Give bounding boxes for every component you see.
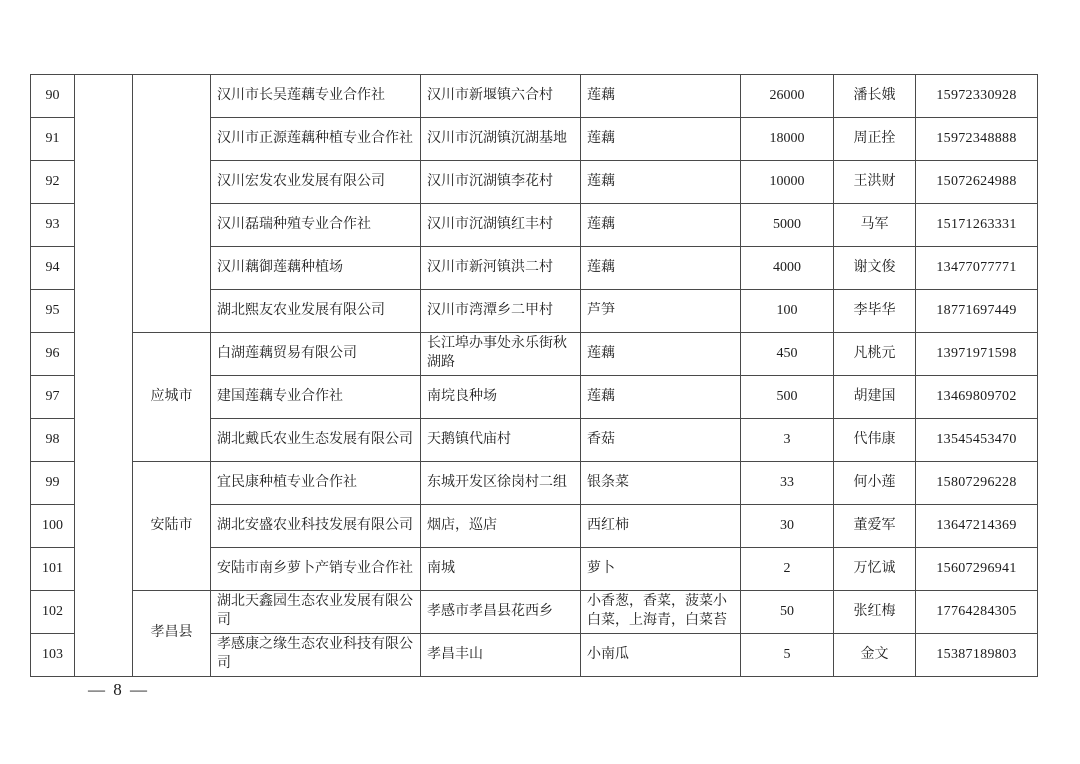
row-index-cell: 97 xyxy=(31,376,75,419)
quantity-cell: 30 xyxy=(741,505,834,548)
city-cell xyxy=(133,75,211,333)
phone-cell: 13971971598 xyxy=(916,333,1038,376)
product-cell: 萝卜 xyxy=(581,548,741,591)
address-cell: 东城开发区徐岗村二组 xyxy=(421,462,581,505)
address-cell: 汉川市沉湖镇李花村 xyxy=(421,161,581,204)
product-cell: 莲藕 xyxy=(581,161,741,204)
company-cell: 孝感康之缘生态农业科技有限公司 xyxy=(211,634,421,677)
table-row: 96 应城市 白湖莲藕贸易有限公司 长江埠办事处永乐街秋湖路 莲藕 450 凡桃… xyxy=(31,333,1038,376)
quantity-cell: 50 xyxy=(741,591,834,634)
contact-cell: 胡建国 xyxy=(834,376,916,419)
product-cell: 莲藕 xyxy=(581,247,741,290)
city-cell: 孝昌县 xyxy=(133,591,211,677)
quantity-cell: 450 xyxy=(741,333,834,376)
table-row: 99 安陆市 宜民康种植专业合作社 东城开发区徐岗村二组 银条菜 33 何小莲 … xyxy=(31,462,1038,505)
contact-cell: 何小莲 xyxy=(834,462,916,505)
quantity-cell: 2 xyxy=(741,548,834,591)
page-number: — 8 — xyxy=(88,680,147,700)
address-cell: 孝昌丰山 xyxy=(421,634,581,677)
contact-cell: 金文 xyxy=(834,634,916,677)
city-cell: 应城市 xyxy=(133,333,211,462)
phone-cell: 15072624988 xyxy=(916,161,1038,204)
contact-cell: 董爱军 xyxy=(834,505,916,548)
address-cell: 南垸良种场 xyxy=(421,376,581,419)
row-index-cell: 90 xyxy=(31,75,75,118)
quantity-cell: 3 xyxy=(741,419,834,462)
contact-cell: 代伟康 xyxy=(834,419,916,462)
row-index-cell: 102 xyxy=(31,591,75,634)
row-index-cell: 98 xyxy=(31,419,75,462)
product-cell: 莲藕 xyxy=(581,204,741,247)
company-cell: 安陆市南乡萝卜产销专业合作社 xyxy=(211,548,421,591)
contact-cell: 万忆诚 xyxy=(834,548,916,591)
table-row: 90 汉川市长吴莲藕专业合作社 汉川市新堰镇六合村 莲藕 26000 潘长娥 1… xyxy=(31,75,1038,118)
product-cell: 芦笋 xyxy=(581,290,741,333)
product-cell: 小南瓜 xyxy=(581,634,741,677)
company-cell: 汉川藕御莲藕种植场 xyxy=(211,247,421,290)
phone-cell: 15387189803 xyxy=(916,634,1038,677)
table-row: 102 孝昌县 湖北天鑫园生态农业发展有限公司 孝感市孝昌县花西乡 小香葱，香菜… xyxy=(31,591,1038,634)
phone-cell: 15807296228 xyxy=(916,462,1038,505)
product-cell: 西红柿 xyxy=(581,505,741,548)
quantity-cell: 33 xyxy=(741,462,834,505)
address-cell: 南城 xyxy=(421,548,581,591)
company-cell: 湖北熙友农业发展有限公司 xyxy=(211,290,421,333)
quantity-cell: 18000 xyxy=(741,118,834,161)
producer-roster-table: 90 汉川市长吴莲藕专业合作社 汉川市新堰镇六合村 莲藕 26000 潘长娥 1… xyxy=(30,74,1038,677)
phone-cell: 13647214369 xyxy=(916,505,1038,548)
city-cell: 安陆市 xyxy=(133,462,211,591)
row-index-cell: 100 xyxy=(31,505,75,548)
row-index-cell: 101 xyxy=(31,548,75,591)
contact-cell: 李毕华 xyxy=(834,290,916,333)
address-cell: 汉川市新堰镇六合村 xyxy=(421,75,581,118)
address-cell: 汉川市沉湖镇红丰村 xyxy=(421,204,581,247)
product-cell: 莲藕 xyxy=(581,118,741,161)
product-cell: 莲藕 xyxy=(581,376,741,419)
company-cell: 湖北安盛农业科技发展有限公司 xyxy=(211,505,421,548)
address-cell: 烟店，巡店 xyxy=(421,505,581,548)
contact-cell: 谢文俊 xyxy=(834,247,916,290)
company-cell: 汉川市长吴莲藕专业合作社 xyxy=(211,75,421,118)
product-cell: 小香葱，香菜，菠菜小白菜，上海青，白菜苔 xyxy=(581,591,741,634)
row-index-cell: 95 xyxy=(31,290,75,333)
phone-cell: 15972348888 xyxy=(916,118,1038,161)
address-cell: 长江埠办事处永乐街秋湖路 xyxy=(421,333,581,376)
address-cell: 汉川市新河镇洪二村 xyxy=(421,247,581,290)
product-cell: 莲藕 xyxy=(581,75,741,118)
row-index-cell: 103 xyxy=(31,634,75,677)
quantity-cell: 26000 xyxy=(741,75,834,118)
product-cell: 莲藕 xyxy=(581,333,741,376)
phone-cell: 13545453470 xyxy=(916,419,1038,462)
phone-cell: 18771697449 xyxy=(916,290,1038,333)
address-cell: 天鹅镇代庙村 xyxy=(421,419,581,462)
row-index-cell: 93 xyxy=(31,204,75,247)
contact-cell: 王洪财 xyxy=(834,161,916,204)
contact-cell: 周正拴 xyxy=(834,118,916,161)
address-cell: 汉川市湾潭乡二甲村 xyxy=(421,290,581,333)
product-cell: 银条菜 xyxy=(581,462,741,505)
contact-cell: 凡桃元 xyxy=(834,333,916,376)
company-cell: 汉川宏发农业发展有限公司 xyxy=(211,161,421,204)
contact-cell: 潘长娥 xyxy=(834,75,916,118)
address-cell: 孝感市孝昌县花西乡 xyxy=(421,591,581,634)
address-cell: 汉川市沉湖镇沉湖基地 xyxy=(421,118,581,161)
row-index-cell: 99 xyxy=(31,462,75,505)
company-cell: 汉川磊瑞种殖专业合作社 xyxy=(211,204,421,247)
phone-cell: 15171263331 xyxy=(916,204,1038,247)
company-cell: 湖北天鑫园生态农业发展有限公司 xyxy=(211,591,421,634)
contact-cell: 张红梅 xyxy=(834,591,916,634)
company-cell: 汉川市正源莲藕种植专业合作社 xyxy=(211,118,421,161)
phone-cell: 15607296941 xyxy=(916,548,1038,591)
phone-cell: 15972330928 xyxy=(916,75,1038,118)
product-cell: 香菇 xyxy=(581,419,741,462)
document-page: 90 汉川市长吴莲藕专业合作社 汉川市新堰镇六合村 莲藕 26000 潘长娥 1… xyxy=(0,0,1080,764)
prefecture-cell xyxy=(75,75,133,677)
quantity-cell: 5 xyxy=(741,634,834,677)
quantity-cell: 4000 xyxy=(741,247,834,290)
company-cell: 湖北戴氏农业生态发展有限公司 xyxy=(211,419,421,462)
row-index-cell: 92 xyxy=(31,161,75,204)
quantity-cell: 100 xyxy=(741,290,834,333)
phone-cell: 17764284305 xyxy=(916,591,1038,634)
company-cell: 白湖莲藕贸易有限公司 xyxy=(211,333,421,376)
row-index-cell: 96 xyxy=(31,333,75,376)
company-cell: 宜民康种植专业合作社 xyxy=(211,462,421,505)
company-cell: 建国莲藕专业合作社 xyxy=(211,376,421,419)
phone-cell: 13477077771 xyxy=(916,247,1038,290)
quantity-cell: 500 xyxy=(741,376,834,419)
phone-cell: 13469809702 xyxy=(916,376,1038,419)
contact-cell: 马军 xyxy=(834,204,916,247)
quantity-cell: 10000 xyxy=(741,161,834,204)
row-index-cell: 94 xyxy=(31,247,75,290)
row-index-cell: 91 xyxy=(31,118,75,161)
quantity-cell: 5000 xyxy=(741,204,834,247)
